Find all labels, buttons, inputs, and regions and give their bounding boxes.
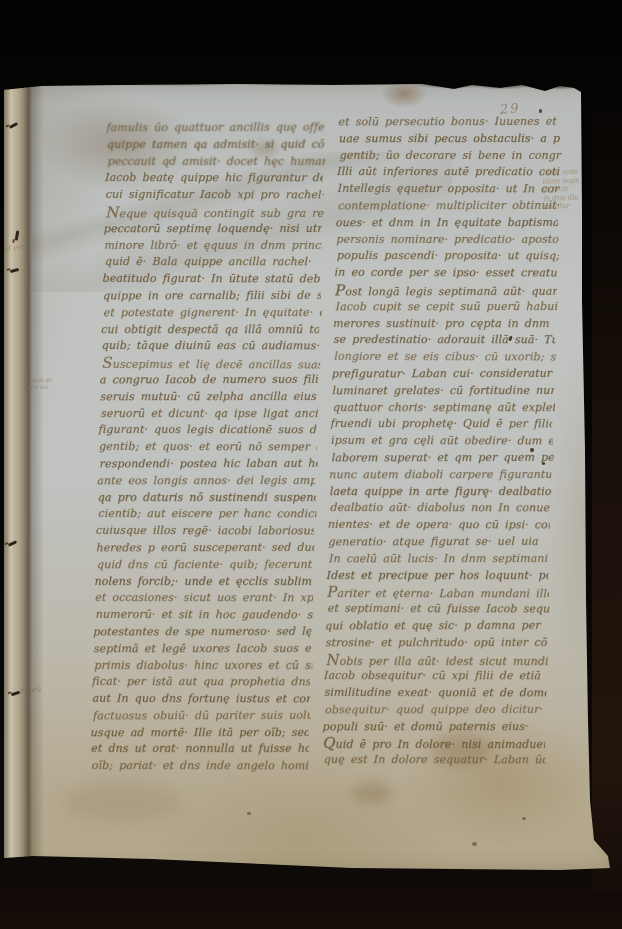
text-line: quid ē· Bala quippe ancilla rachel·: [105, 254, 323, 271]
text-line: merores sustinuit· pro cępta in dnm ut p…: [333, 316, 555, 333]
text-column-right: et solū persecutio bonus· Iuuenes et dns…: [321, 114, 560, 772]
text-line: et occasiones· sicut uos erant· In xpo e…: [95, 590, 313, 607]
text-line: cientib; aut eiscere per hanc condicioni…: [98, 506, 316, 523]
text-line: aut In quo dns fortunę iustus et corpore: [92, 691, 310, 708]
manuscript-page: 29 famulis ūo quattuor ancillis quę offe…: [2, 82, 614, 874]
gutter-shadow: [28, 82, 44, 874]
text-line: minore librō· et ęquus in dnm principiū: [104, 238, 322, 255]
text-line: Iacob obsequitur· cū xpi filii de etiā: [324, 668, 546, 685]
text-line: qa pro daturis nō sustinendi suspendo· I…: [97, 490, 315, 507]
text-line: fruendi ubi prophetę· Quid ē per filios …: [330, 416, 552, 433]
text-line: nientes· et de opera· quo cū ipsi· corde…: [328, 517, 550, 534]
text-line: Pariter et ęterna· Laban mundani illę: [327, 584, 549, 601]
text-line: ante eos longis annos· dei legis ampliat…: [97, 473, 315, 490]
text-line: Iacob cupit se cepit suū puerū habuit et…: [335, 299, 557, 316]
text-line: contemplatione· multipliciter obtinuit· …: [338, 198, 560, 215]
text-line: strosine· et pulchritudo· opū inter cōue…: [326, 635, 548, 652]
binding-stub-highlight: [9, 82, 12, 874]
text-line: cui significatur Iacob xpi pro rachel·: [105, 187, 323, 204]
text-line: beatitudo figurat· In ūtute statū debito…: [102, 271, 320, 288]
text-line: longiore et se eis cibus· cū uxorib; sui…: [334, 349, 556, 366]
text-line: factuosus obuiū· dū pariter suis uolunta…: [93, 708, 311, 725]
text-line: oues· et dnm in In ęquitate baptismatis …: [336, 215, 558, 232]
text-line: cuiusque illos regē· iacobi laboriosus· …: [96, 523, 314, 540]
text-line: cui obtigit despectā qa illā omniū torto…: [101, 322, 319, 339]
text-line: quid dns cū faciente· quib; fecerunt ē·: [97, 557, 315, 574]
text-line: quib; tāque diuinū eas cū audiamus·: [101, 338, 319, 355]
photo-border-warm-right: [592, 60, 622, 890]
text-line: quę est In dolore sequatur· Laban ūo: [323, 752, 545, 769]
text-line: peccatorū septimę loquendę· nisi utraq;: [104, 221, 322, 238]
text-line: potestantes de spe numeroso· sed lętitię…: [93, 624, 311, 641]
text-line: laborem superat· et qm per quem per sort…: [331, 450, 553, 467]
text-line: qui oblatio et quę sic· p damna per nos …: [325, 618, 547, 635]
text-line: Intellegis ęquetur opposita· ut In corpu…: [337, 181, 559, 198]
text-line: gentib; et quos· et eorū nō semper dei l…: [99, 439, 317, 456]
text-line: similitudine exeat· quoniā et de domo pa…: [324, 685, 546, 702]
text-column-left: famulis ūo quattuor ancillis quę offensa…: [89, 120, 324, 778]
text-line: et septimani· et cū fuisse Iacob sequitu…: [327, 601, 549, 618]
text-line: In caelū aūt lucis· In dnm septimani Iac…: [329, 551, 551, 568]
parchment-stain: [62, 782, 182, 822]
text-line: quippe tamen qa admisit· si quid cōiquā: [107, 137, 325, 154]
photo-border-warm-bottom: [0, 869, 622, 929]
text-line: et potestate gignerent· In ęquitate· eti…: [103, 305, 321, 322]
text-line: nunc autem diaboli carpere figurantur·: [329, 467, 551, 484]
photo-of-manuscript: { "folio": { "page_number": "29", "ink_c…: [0, 0, 622, 929]
text-line: Neque quisquā contingit sub gra remissio…: [106, 204, 324, 221]
text-line: in eo corde per se ipso· esset creaturā …: [334, 265, 556, 282]
parchment-stain: [352, 782, 392, 804]
text-line: numerorū· et sit in hoc gaudendo· sed ab: [95, 607, 313, 624]
parchment-speck: [247, 812, 251, 815]
text-line: peccauit qd amisit· docet hęc humanitus·: [107, 154, 325, 171]
text-line: ipsum et gra cęli aūt obedire· dum etiā: [331, 433, 553, 450]
text-line: gentib; ūo decorare si bene in congregau…: [339, 148, 561, 165]
text-line: quippe in ore carnalib; filii sibi de se…: [103, 288, 321, 305]
text-line: Suscepimus et lię decē ancillas suas· fi…: [102, 355, 320, 372]
text-line: Nobis per illa aūt· idest sicut mundi fu…: [326, 652, 548, 669]
text-line: heredes p eorū susceperant· sed duos dic…: [96, 540, 314, 557]
text-line: respondendi· postea hic laban aut honest…: [99, 456, 317, 473]
text-line: septimā et legē uxores Iacob suos et cōu…: [94, 641, 312, 658]
text-line: Iacob beatę quippe hic figurantur decoll…: [105, 170, 323, 187]
text-line: Illi aūt inferiores autē predicatio coti…: [337, 164, 559, 181]
text-line: luminaret grelates· cū fortitudine nunc …: [332, 383, 554, 400]
text-line: et solū persecutio bonus· Iuuenes et dns…: [338, 114, 560, 131]
text-line: uae sumus sibi pecus obstaculis· a prędi…: [339, 131, 561, 148]
text-line: usque ad mortē· Ille itā per oīb; sed ui…: [90, 725, 308, 742]
text-line: quattuor choris· septimanę aūt expleta· …: [333, 400, 555, 417]
text-line: figurant· quos legis dicationē suos dnm: [98, 422, 316, 439]
ink-dot: [542, 462, 545, 465]
parchment-speck: [472, 842, 477, 846]
text-line: a congruo Iacob de numero suos filios a …: [100, 372, 318, 389]
text-line: Quid ē pro In dolore· nisi animaduersio …: [323, 735, 545, 752]
text-line: famulis ūo quattuor ancillis quę offensa…: [106, 120, 324, 137]
text-line: Post longā legis septimanā aūt· quam: [335, 282, 557, 299]
text-line: populis pascendi· proposita· ut quisq; h…: [337, 248, 559, 265]
text-line: ficat· per istā aut qua prophetia dns tr…: [92, 674, 310, 691]
text-line: generatio· atque figurat se· uel uia: [328, 534, 550, 551]
text-line: prefiguratur· Laban cui· consideratur et…: [332, 366, 554, 383]
text-line: nolens forcib;· unde et ęcclis sublimes: [94, 574, 312, 591]
text-line: oīb; pariat· et dns inde angelo homines·: [91, 758, 309, 775]
parchment-speck: [522, 817, 526, 820]
text-line: Idest et precipue per hos loquunt· popul…: [326, 568, 548, 585]
text-line: obsequitur· quod quippe deo dicitur· obl…: [325, 702, 547, 719]
ink-dot: [530, 448, 534, 452]
text-line: seruis mutuū· cū zelpha ancilla eius lię: [100, 389, 318, 406]
text-line: primis diabolus· hinc uxores et cū signi: [94, 658, 312, 675]
text-line: et dns ut orat· nonnulla ut fuisse homin…: [91, 741, 309, 758]
text-line: populi suū· et domū paternis eius·: [322, 719, 544, 736]
darkened-top-edge: [82, 82, 582, 94]
ink-dot: [539, 109, 542, 113]
text-line: dealbatio aūt· diabolus non In conue: [330, 500, 552, 517]
text-line: laeta quippe in arte figurę· dealbatio·: [329, 484, 551, 501]
text-line: seruorū et dicunt· qa ipse ligat ancilla…: [101, 406, 319, 423]
text-line: personis nominare· predicatio· apostoli·…: [336, 232, 558, 249]
text-line: se predestinatio· adorauit illā suā· Tun…: [333, 332, 555, 349]
